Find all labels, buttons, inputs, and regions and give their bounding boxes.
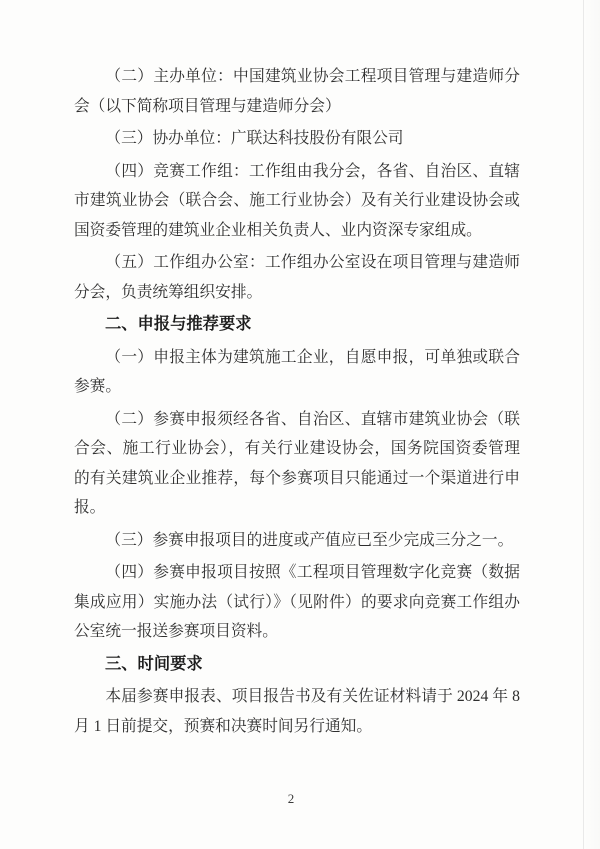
document-paragraph: （五）工作组办公室：工作组办公室设在项目管理与建造师分会，负责统筹组织安排。 [74, 248, 520, 307]
document-paragraph: （二）参赛申报须经各省、自治区、直辖市建筑业协会（联合会、施工行业协会），有关行… [74, 405, 520, 523]
document-paragraph: （三）协办单位：广联达科技股份有限公司 [74, 124, 520, 154]
document-paragraph: （一）申报主体为建筑施工企业，自愿申报，可单独或联合参赛。 [74, 343, 520, 402]
page-number: 2 [0, 791, 582, 807]
document-paragraph: （三）参赛申报项目的进度或产值应已至少完成三分之一。 [74, 526, 520, 556]
document-paragraph: （二）主办单位：中国建筑业协会工程项目管理与建造师分会（以下简称项目管理与建造师… [74, 62, 520, 121]
document-paragraph: （四）竞赛工作组：工作组由我分会，各省、自治区、直辖市建筑业协会（联合会、施工行… [74, 157, 520, 246]
section-heading: 三、时间要求 [74, 650, 520, 680]
document-paragraph: （四）参赛申报项目按照《工程项目管理数字化竞赛（数据集成应用）实施办法（试行）》… [74, 558, 520, 647]
section-heading: 二、申报与推荐要求 [74, 310, 520, 340]
scan-edge-shadow [584, 0, 600, 849]
document-body: （二）主办单位：中国建筑业协会工程项目管理与建造师分会（以下简称项目管理与建造师… [74, 62, 520, 744]
document-paragraph: 本届参赛申报表、项目报告书及有关佐证材料请于 2024 年 8 月 1 日前提交… [74, 682, 520, 741]
scanned-document-page: （二）主办单位：中国建筑业协会工程项目管理与建造师分会（以下简称项目管理与建造师… [0, 0, 600, 849]
